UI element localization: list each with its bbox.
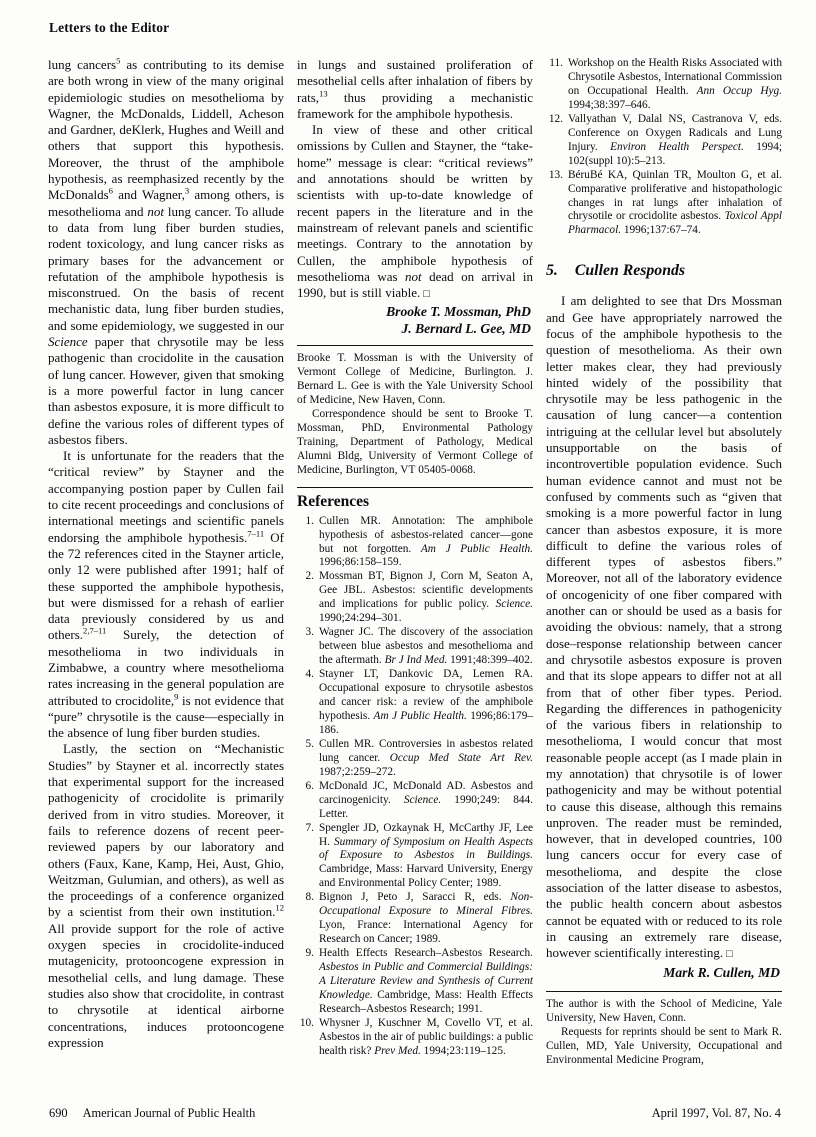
reference-number: 10. <box>297 1017 314 1059</box>
reference-text: Vallyathan V, Dalal NS, Castranova V, ed… <box>568 113 782 169</box>
citation-superscript: 3 <box>185 186 189 196</box>
reference-text: Mossman BT, Bignon J, Corn M, Seaton A, … <box>319 570 533 626</box>
paragraph: I am delighted to see that Drs Mossman a… <box>546 293 782 962</box>
reference-item: 4.Stayner LT, Dankovic DA, Lemen RA. Occ… <box>297 668 533 738</box>
citation-superscript: 2,7–11 <box>83 626 106 636</box>
text-columns: lung cancers5 as contributing to its dem… <box>48 57 782 1099</box>
reference-number: 3. <box>297 626 314 668</box>
response-body: I am delighted to see that Drs Mossman a… <box>546 293 782 962</box>
journal-page: Letters to the Editor lung cancers5 as c… <box>0 0 816 1137</box>
reference-text: Cullen MR. Controversies in asbestos rel… <box>319 738 533 780</box>
paragraph: lung cancers5 as contributing to its dem… <box>48 57 284 448</box>
reference-item: 9.Health Effects Research–Asbestos Resea… <box>297 947 533 1017</box>
inline-text: Br J Ind Med. <box>385 654 448 666</box>
reference-item: 1.Cullen MR. Annotation: The amphibole h… <box>297 515 533 571</box>
reference-number: 7. <box>297 822 314 892</box>
inline-text: not <box>147 204 164 219</box>
end-of-letter-box: □ <box>723 948 733 960</box>
inline-text: Ann Occup Hyg. <box>697 85 782 97</box>
page-footer: 690 American Journal of Public Health Ap… <box>49 1106 781 1121</box>
reference-number: 9. <box>297 947 314 1017</box>
reference-text: Workshop on the Health Risks Associated … <box>568 57 782 113</box>
response-heading: 5.Cullen Responds <box>546 262 782 280</box>
citation-superscript: 7–11 <box>247 528 264 538</box>
inline-text: Non-Occupational Exposure to Mineral Fib… <box>319 891 533 917</box>
signature-mossman: Brooke T. Mossman, PhD <box>297 304 533 321</box>
column-3: 11.Workshop on the Health Risks Associat… <box>546 57 782 1099</box>
reference-text: McDonald JC, McDonald AD. Asbestos and c… <box>319 780 533 822</box>
author-footnote: The author is with the School of Medicin… <box>546 991 782 1068</box>
reference-number: 13. <box>546 169 563 239</box>
reference-text: Spengler JD, Ozkaynak H, McCarthy JF, Le… <box>319 822 533 892</box>
paragraph: The author is with the School of Medicin… <box>546 998 782 1026</box>
reference-text: Wagner JC. The discovery of the associat… <box>319 626 533 668</box>
inline-text: Am J Public Health. <box>421 543 533 555</box>
affiliation-note: Brooke T. Mossman is with the University… <box>297 345 533 487</box>
citation-superscript: 12 <box>275 903 284 913</box>
reference-number: 4. <box>297 668 314 738</box>
column-1: lung cancers5 as contributing to its dem… <box>48 57 284 1099</box>
reference-number: 1. <box>297 515 314 571</box>
inline-text: Asbestos in Public and Commercial Buildi… <box>319 961 533 1001</box>
end-of-letter-box: □ <box>420 288 430 300</box>
response-title: Cullen Responds <box>575 262 685 279</box>
citation-superscript: 13 <box>319 88 328 98</box>
page-number: 690 <box>49 1106 68 1121</box>
citation-superscript: 5 <box>116 56 120 66</box>
response-number: 5. <box>546 262 558 280</box>
references-list-continued: 11.Workshop on the Health Risks Associat… <box>546 57 782 238</box>
reference-text: Health Effects Research–Asbestos Researc… <box>319 947 533 1017</box>
signature-cullen: Mark R. Cullen, MD <box>546 965 782 982</box>
author-footnote-paragraphs: The author is with the School of Medicin… <box>546 998 782 1068</box>
inline-text: Occup Med State Art Rev. <box>390 752 533 764</box>
reference-item: 13.BéruBé KA, Quinlan TR, Moulton G, et … <box>546 169 782 239</box>
reference-item: 3.Wagner JC. The discovery of the associ… <box>297 626 533 668</box>
inline-text: Toxicol Appl Pharmacol. <box>568 210 782 236</box>
reference-number: 11. <box>546 57 563 113</box>
column-2: in lungs and sustained proliferation of … <box>297 57 533 1099</box>
citation-superscript: 9 <box>174 691 178 701</box>
inline-text: Summary of Symposium on Health Aspects o… <box>319 836 533 862</box>
reference-number: 2. <box>297 570 314 626</box>
references-list: 1.Cullen MR. Annotation: The amphibole h… <box>297 515 533 1059</box>
affiliation-paragraphs: Brooke T. Mossman is with the University… <box>297 352 533 477</box>
reference-text: Stayner LT, Dankovic DA, Lemen RA. Occup… <box>319 668 533 738</box>
reference-number: 12. <box>546 113 563 169</box>
references-heading: References <box>297 493 533 511</box>
reference-item: 7.Spengler JD, Ozkaynak H, McCarthy JF, … <box>297 822 533 892</box>
reference-text: BéruBé KA, Quinlan TR, Moulton G, et al.… <box>568 169 782 239</box>
inline-text: Environ Health Perspect. <box>610 141 744 153</box>
reference-number: 6. <box>297 780 314 822</box>
paragraph: Lastly, the section on “Mechanistic Stud… <box>48 741 284 1051</box>
reference-text: Bignon J, Peto J, Saracci R, eds. Non-Oc… <box>319 891 533 947</box>
inline-text: not <box>405 269 422 284</box>
reference-number: 5. <box>297 738 314 780</box>
letter-body-continued: in lungs and sustained proliferation of … <box>297 57 533 302</box>
inline-text: Prev Med. <box>374 1045 421 1057</box>
citation-superscript: 6 <box>109 186 113 196</box>
reference-text: Whysner J, Kuschner M, Covello VT, et al… <box>319 1017 533 1059</box>
inline-text: Science. <box>496 598 533 610</box>
paragraph: in lungs and sustained proliferation of … <box>297 57 533 122</box>
letter-body-continued: lung cancers5 as contributing to its dem… <box>48 57 284 1051</box>
reference-item: 2.Mossman BT, Bignon J, Corn M, Seaton A… <box>297 570 533 626</box>
reference-text: Cullen MR. Annotation: The amphibole hyp… <box>319 515 533 571</box>
reference-item: 10.Whysner J, Kuschner M, Covello VT, et… <box>297 1017 533 1059</box>
reference-item: 8.Bignon J, Peto J, Saracci R, eds. Non-… <box>297 891 533 947</box>
reference-item: 6.McDonald JC, McDonald AD. Asbestos and… <box>297 780 533 822</box>
running-head: Letters to the Editor <box>49 20 169 36</box>
paragraph: Brooke T. Mossman is with the University… <box>297 352 533 408</box>
inline-text: Am J Public Health. <box>374 710 467 722</box>
reference-item: 11.Workshop on the Health Risks Associat… <box>546 57 782 113</box>
inline-text: Science. <box>404 794 441 806</box>
issue-info: April 1997, Vol. 87, No. 4 <box>652 1106 781 1121</box>
paragraph: Correspondence should be sent to Brooke … <box>297 408 533 478</box>
inline-text: Science <box>48 334 88 349</box>
reference-item: 12.Vallyathan V, Dalal NS, Castranova V,… <box>546 113 782 169</box>
signature-gee: J. Bernard L. Gee, MD <box>297 321 533 338</box>
paragraph: Requests for reprints should be sent to … <box>546 1026 782 1068</box>
paragraph: In view of these and other critical omis… <box>297 122 533 302</box>
reference-item: 5.Cullen MR. Controversies in asbestos r… <box>297 738 533 780</box>
journal-name: American Journal of Public Health <box>83 1106 256 1121</box>
paragraph: It is unfortunate for the readers that t… <box>48 448 284 741</box>
reference-number: 8. <box>297 891 314 947</box>
